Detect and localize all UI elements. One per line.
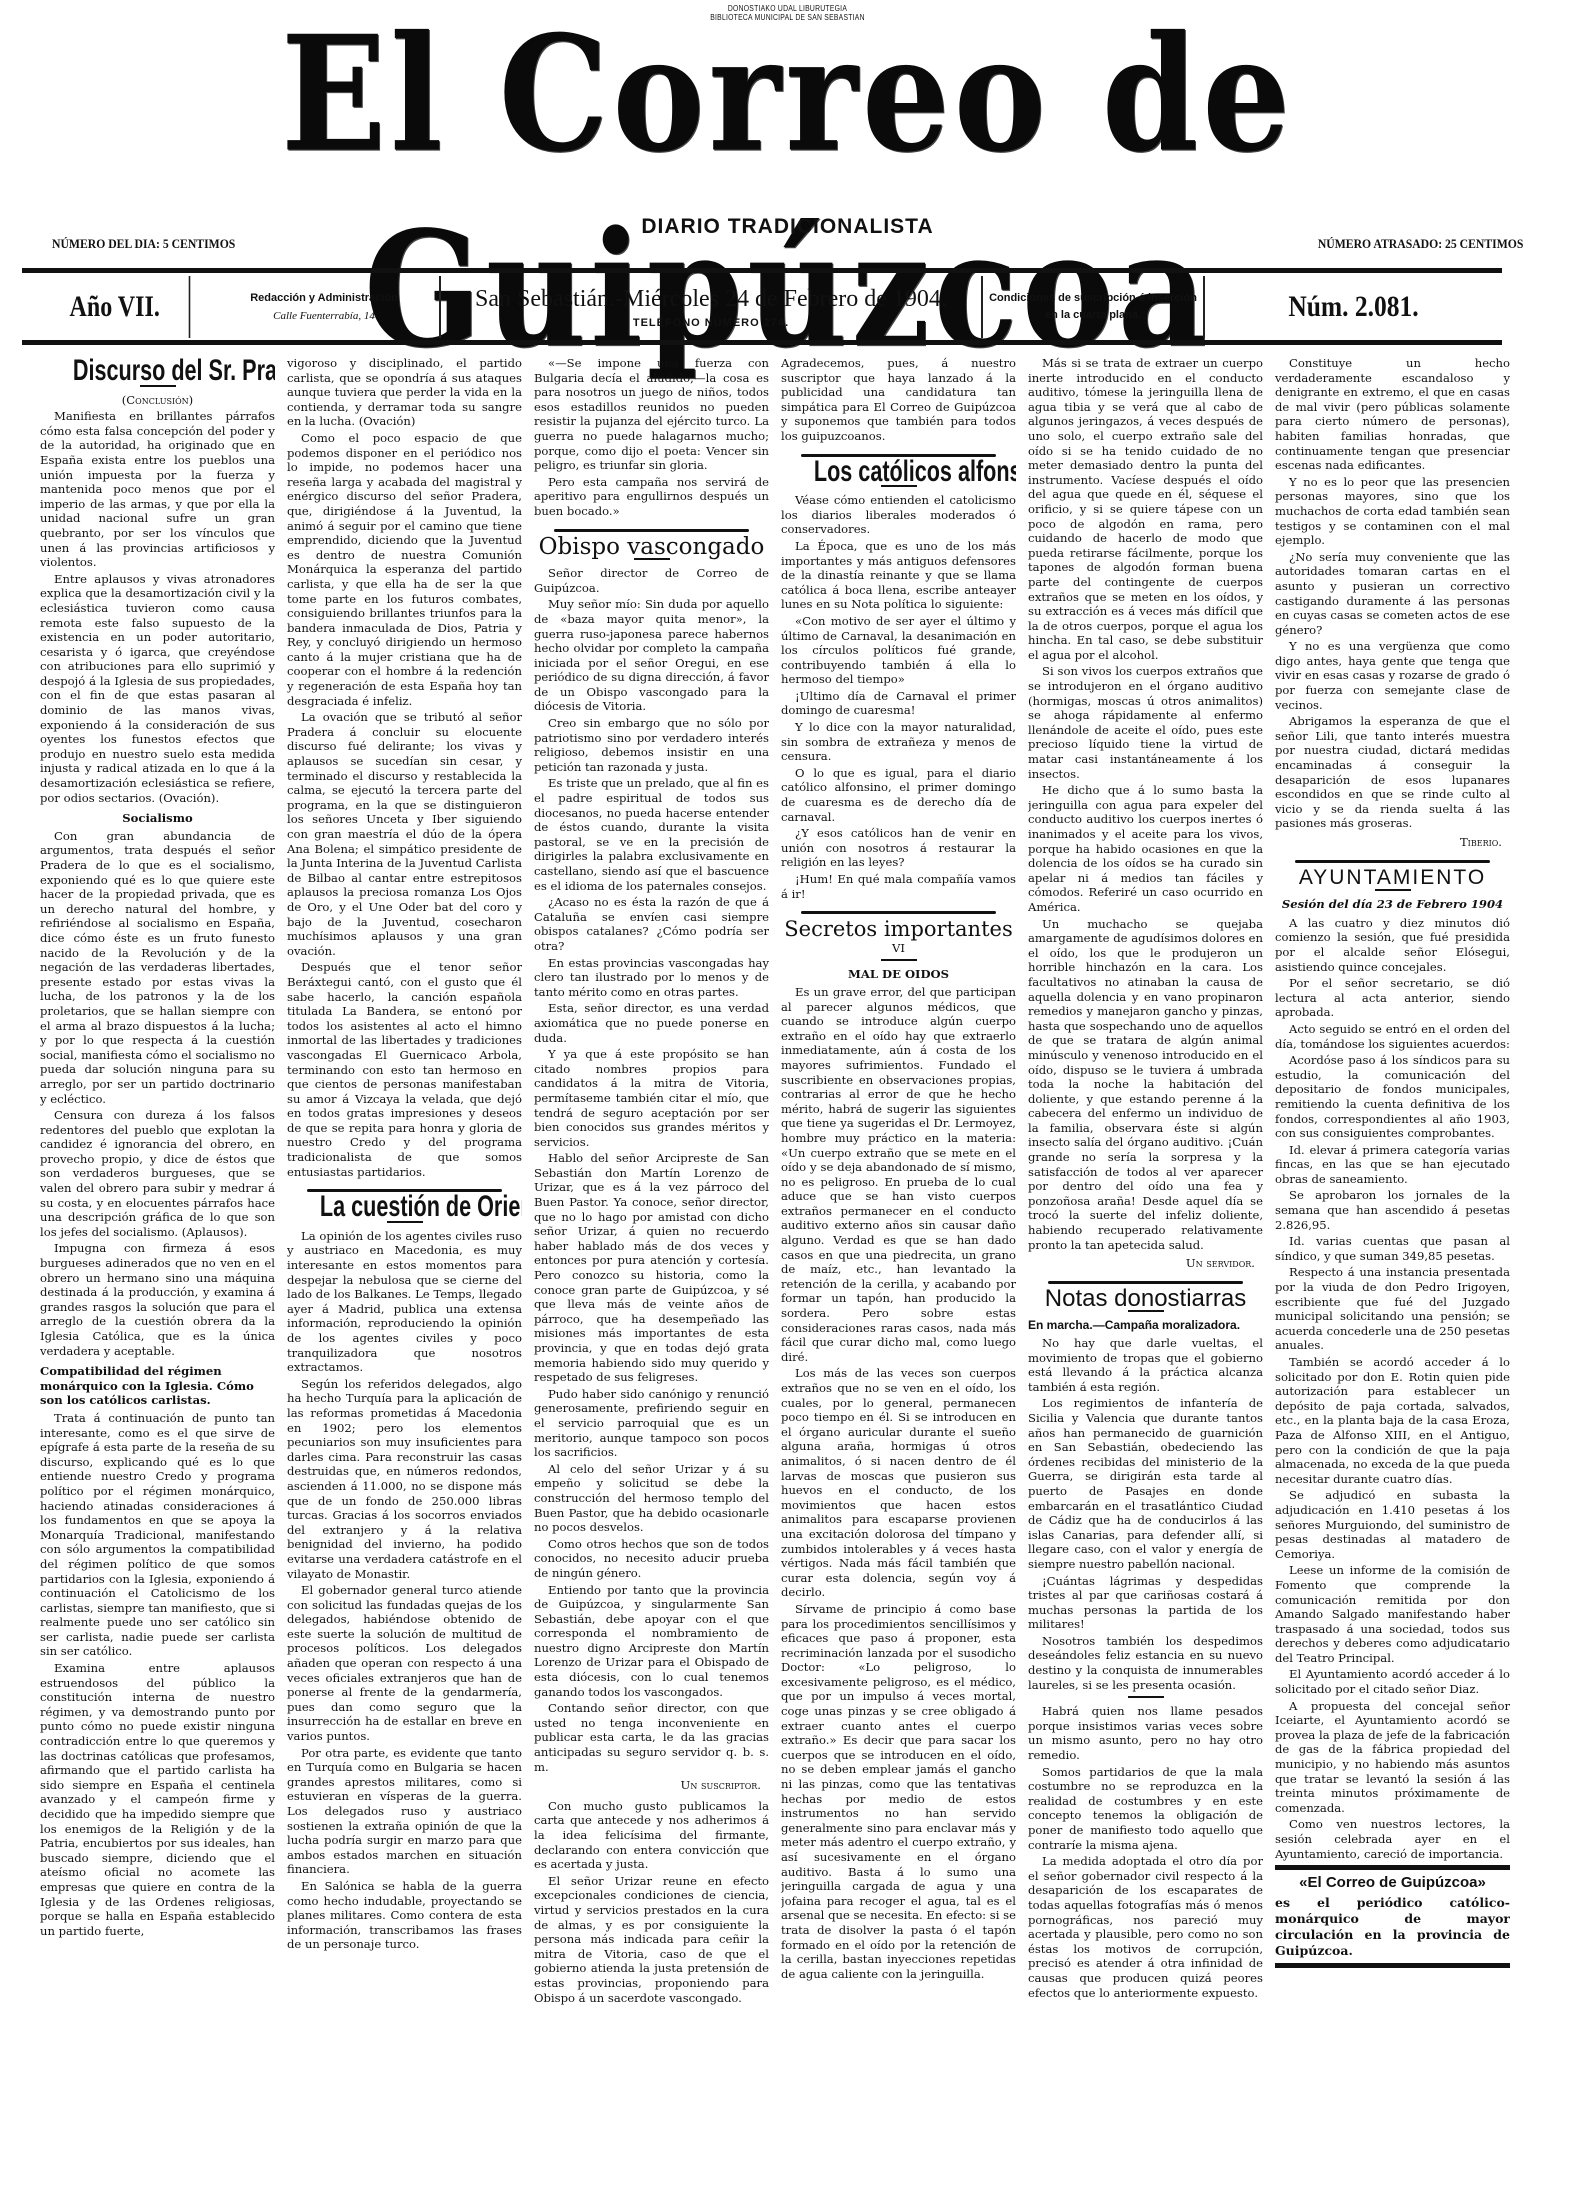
ornament-divider bbox=[554, 529, 749, 532]
paragraph: Señor director de Correo de Guipúzcoa. bbox=[534, 566, 769, 595]
paragraph: ¿No sería muy conveniente que las autori… bbox=[1275, 550, 1510, 638]
paragraph: Como el poco espacio de que podemos disp… bbox=[287, 431, 522, 708]
paragraph: Se aprobaron los jornales de la semana q… bbox=[1275, 1188, 1510, 1232]
paragraph: Contando señor director, con que usted n… bbox=[534, 1701, 769, 1774]
section-compatibilidad: Compatibilidad del régimen monárquico co… bbox=[40, 1364, 275, 1408]
paragraph: Constituye un hecho verdaderamente escan… bbox=[1275, 356, 1510, 473]
paragraph: Más si se trata de extraer un cuerpo ine… bbox=[1028, 356, 1263, 662]
signature-servidor: Un servidor. bbox=[1028, 1256, 1255, 1271]
paragraph: Los más de las veces son cuerpos extraño… bbox=[781, 1366, 1016, 1600]
ornament-divider bbox=[1295, 860, 1490, 863]
paragraph: Y lo dice con la mayor naturalidad, sin … bbox=[781, 720, 1016, 764]
paragraph: A propuesta del concejal señor Iceiarte,… bbox=[1275, 1699, 1510, 1816]
paragraph: ¿Acaso no es ésta la razón de que á Cata… bbox=[534, 895, 769, 953]
session-date: Sesión del día 23 de Febrero 1904 bbox=[1275, 897, 1510, 912]
paragraph: Id. elevar á primera categoría varias fi… bbox=[1275, 1143, 1510, 1187]
headline-secretos: Secretos importantes bbox=[781, 922, 1016, 937]
paragraph: La medida adoptada el otro día por el se… bbox=[1028, 1854, 1263, 2000]
dateline: San Sebastián.-Miércoles 24 de Febrero d… bbox=[475, 286, 947, 313]
paragraph: Entiendo por tanto que la provincia de G… bbox=[534, 1583, 769, 1700]
section-socialismo: Socialismo bbox=[40, 811, 275, 826]
paragraph: En Salónica se habla de la guerra como h… bbox=[287, 1879, 522, 1952]
paragraph: Pudo haber sido canónigo y renunció gene… bbox=[534, 1387, 769, 1460]
telephone: TELÉFONO NÚMERO 274. bbox=[633, 317, 789, 329]
dateline-block: San Sebastián.-Miércoles 24 de Febrero d… bbox=[441, 276, 983, 338]
headline-ayuntamiento: AYUNTAMIENTO bbox=[1275, 871, 1510, 886]
paragraph: Somos partidarios de que la mala costumb… bbox=[1028, 1765, 1263, 1853]
paragraph: ¿Y esos católicos han de venir en unión … bbox=[781, 826, 1016, 870]
signature-tiberio: Tiberio. bbox=[1275, 835, 1502, 850]
paragraph: ¡Ultimo día de Carnaval el primer doming… bbox=[781, 689, 1016, 718]
paragraph: Entre aplausos y vivas atronadores expli… bbox=[40, 572, 275, 806]
paragraph: Un muchacho se quejaba amargamente de ag… bbox=[1028, 917, 1263, 1253]
paragraph: Es un grave error, del que participan al… bbox=[781, 985, 1016, 1364]
paragraph: ¡Hum! En qué mala compañía vamos á ir! bbox=[781, 872, 1016, 901]
promo-text: es el periódico católico-monárquico de m… bbox=[1275, 1895, 1510, 1959]
office-address: Calle Fuenterrabía, 14 bbox=[273, 310, 375, 322]
paragraph: Y ya que á este propósito se han citado … bbox=[534, 1047, 769, 1149]
headline-oriente: La cuestión de Oriente bbox=[320, 1200, 489, 1215]
paragraph: Acordóse paso á los síndicos para su est… bbox=[1275, 1053, 1510, 1141]
price-back-issue: NÚMERO ATRASADO: 25 CENTIMOS bbox=[1317, 236, 1523, 252]
column-3: «—Se impone una fuerza con Bulgaria decí… bbox=[534, 356, 769, 2176]
article-columns: Discurso del Sr. Pradera (Conclusión) Ma… bbox=[40, 356, 1510, 2176]
paragraph: Por otra parte, es evidente que tanto en… bbox=[287, 1746, 522, 1877]
paragraph: Se adjudicó en subasta la adjudicación e… bbox=[1275, 1488, 1510, 1561]
paragraph: Acto seguido se entró en el orden del dí… bbox=[1275, 1022, 1510, 1051]
paragraph: Con gran abundancia de argumentos, trata… bbox=[40, 829, 275, 1106]
paragraph: Según los referidos delegados, algo ha h… bbox=[287, 1377, 522, 1581]
info-bar: Año VII. Redacción y Administración Call… bbox=[22, 276, 1502, 338]
paragraph: vigoroso y disciplinado, el partido carl… bbox=[287, 356, 522, 429]
paragraph: Id. varias cuentas que pasan al síndico,… bbox=[1275, 1234, 1510, 1263]
paragraph: Leese un informe de la comisión de Fomen… bbox=[1275, 1563, 1510, 1665]
paragraph: Respecto á una instancia presentada por … bbox=[1275, 1265, 1510, 1353]
paragraph: Manifiesta en brillantes párrafos cómo e… bbox=[40, 409, 275, 570]
paragraph: La opinión de los agentes civiles ruso y… bbox=[287, 1229, 522, 1375]
paragraph: Después que el tenor señor Beráxtegui ca… bbox=[287, 960, 522, 1179]
paragraph: Y no es una vergüenza que como digo ante… bbox=[1275, 639, 1510, 712]
paragraph: Esta, señor director, es una verdad axio… bbox=[534, 1001, 769, 1045]
section-en-marcha: En marcha.—Campaña moralizadora. bbox=[1028, 1318, 1263, 1333]
signature-suscriptor: Un suscriptor. bbox=[534, 1778, 761, 1793]
header-rule bbox=[22, 268, 1502, 273]
paragraph: «—Se impone una fuerza con Bulgaria decí… bbox=[534, 356, 769, 473]
paragraph: Pero esta campaña nos servirá de aperiti… bbox=[534, 475, 769, 519]
paragraph: Agradecemos, pues, á nuestro suscriptor … bbox=[781, 356, 1016, 444]
paragraph: Nosotros también los despedimos deseándo… bbox=[1028, 1634, 1263, 1692]
headline-pradera: Discurso del Sr. Pradera bbox=[73, 364, 242, 379]
paragraph: A las cuatro y diez minutos dió comienzo… bbox=[1275, 916, 1510, 974]
column-4: Agradecemos, pues, á nuestro suscriptor … bbox=[781, 356, 1016, 2176]
paragraph: Hablo del señor Arcipreste de San Sebast… bbox=[534, 1151, 769, 1385]
year-label: Año VII. bbox=[41, 276, 191, 338]
paragraph: Como otros hechos que son de todos conoc… bbox=[534, 1537, 769, 1581]
paragraph: Examina entre aplausos estruendosos del … bbox=[40, 1661, 275, 1938]
paragraph: Si son vivos los cuerpos extraños que se… bbox=[1028, 664, 1263, 781]
column-2: vigoroso y disciplinado, el partido carl… bbox=[287, 356, 522, 2176]
paragraph: Es triste que un prelado, que al fin es … bbox=[534, 776, 769, 893]
subtitle-conclusion: (Conclusión) bbox=[40, 393, 275, 408]
divider bbox=[1128, 1696, 1164, 1698]
paragraph: Creo sin embargo que no sólo por patriot… bbox=[534, 716, 769, 774]
part-number: VI bbox=[781, 941, 1016, 956]
paragraph: Censura con dureza á los falsos redentor… bbox=[40, 1108, 275, 1239]
price-today: NÚMERO DEL DIA: 5 CENTIMOS bbox=[52, 236, 235, 252]
paragraph: Y no es lo peor que las presencien perso… bbox=[1275, 475, 1510, 548]
issue-number: Núm. 2.081. bbox=[1227, 276, 1479, 338]
paragraph: O lo que es igual, para el diario católi… bbox=[781, 766, 1016, 824]
column-5: Más si se trata de extraer un cuerpo ine… bbox=[1028, 356, 1263, 2176]
paragraph: «Con motivo de ser ayer el último y últi… bbox=[781, 614, 1016, 687]
office-label: Redacción y Administración bbox=[250, 292, 398, 304]
paragraph: Los regimientos de infantería de Sicilia… bbox=[1028, 1396, 1263, 1571]
paragraph: Con mucho gusto publicamos la carta que … bbox=[534, 1799, 769, 1872]
paragraph: Abrigamos la esperanza de que el señor L… bbox=[1275, 714, 1510, 831]
column-6: Constituye un hecho verdaderamente escan… bbox=[1275, 356, 1510, 2176]
paragraph: Sírvame de principio á como base para lo… bbox=[781, 1602, 1016, 1981]
promo-title: «El Correo de Guipúzcoa» bbox=[1275, 1876, 1510, 1891]
headline-catolicos: Los católicos alfonsinos bbox=[814, 465, 983, 480]
divider bbox=[881, 959, 917, 961]
paragraph: Trata á continuación de punto tan intere… bbox=[40, 1411, 275, 1659]
section-mal-de-oidos: MAL DE OIDOS bbox=[781, 967, 1016, 982]
subscription-conditions: Condiciones de suscripción é inserción e… bbox=[983, 276, 1205, 338]
paragraph: Habrá quien nos llame pesados porque ins… bbox=[1028, 1704, 1263, 1762]
headline-obispo: Obispo vascongado bbox=[534, 540, 769, 555]
promo-rule-top bbox=[1275, 1865, 1510, 1870]
paragraph: No hay que darle vueltas, el movimiento … bbox=[1028, 1336, 1263, 1394]
paragraph: Impugna con firmeza á esos burgueses adi… bbox=[40, 1241, 275, 1358]
paragraph: También se acordó acceder á lo solicitad… bbox=[1275, 1355, 1510, 1486]
paragraph: La ovación que se tributó al señor Prade… bbox=[287, 710, 522, 958]
paragraph: Véase cómo entienden el catolicismo los … bbox=[781, 493, 1016, 537]
paragraph: En estas provincias vascongadas hay cler… bbox=[534, 956, 769, 1000]
office-block: Redacción y Administración Calle Fuenter… bbox=[209, 276, 441, 338]
ornament-divider bbox=[1048, 1281, 1243, 1284]
paragraph: He dicho que á lo sumo basta la jeringui… bbox=[1028, 783, 1263, 914]
column-1: Discurso del Sr. Pradera (Conclusión) Ma… bbox=[40, 356, 275, 2176]
ornament-divider bbox=[801, 911, 996, 914]
paragraph: Por el señor secretario, se dió lectura … bbox=[1275, 976, 1510, 1020]
paragraph: El señor Urizar reune en efecto excepcio… bbox=[534, 1874, 769, 2005]
paragraph: Al celo del señor Urizar y á su empeño y… bbox=[534, 1462, 769, 1535]
paragraph: La Época, que es uno de los más importan… bbox=[781, 539, 1016, 612]
paragraph: Como ven nuestros lectores, la sesión ce… bbox=[1275, 1817, 1510, 1861]
paragraph: Muy señor mío: Sin duda por aquello de «… bbox=[534, 597, 769, 714]
promo-rule-bottom bbox=[1275, 1963, 1510, 1968]
paragraph: El gobernador general turco atiende con … bbox=[287, 1583, 522, 1744]
paragraph: El Ayuntamiento acordó acceder á lo soli… bbox=[1275, 1667, 1510, 1696]
paragraph: ¡Cuántas lágrimas y despedidas tristes a… bbox=[1028, 1574, 1263, 1632]
infobar-rule bbox=[22, 340, 1502, 345]
divider bbox=[1375, 889, 1411, 891]
headline-notas: Notas donostiarras bbox=[1028, 1292, 1263, 1307]
